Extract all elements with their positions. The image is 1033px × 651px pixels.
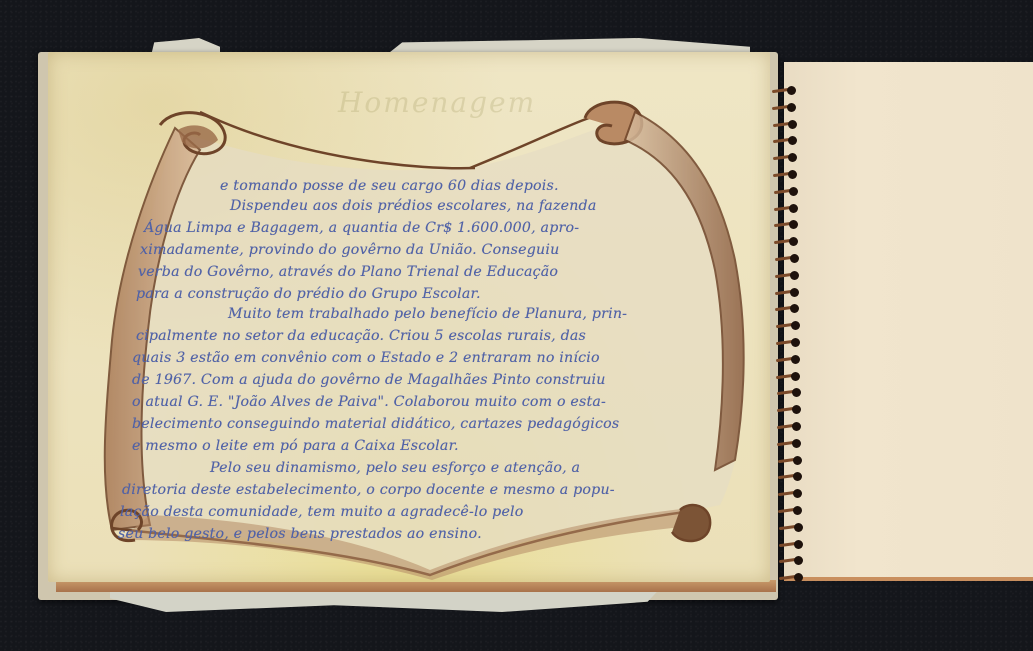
- spiral-coil: [779, 556, 803, 566]
- right-page-blank: [784, 62, 1033, 580]
- spiral-coil: [778, 506, 802, 516]
- notebook-photo: Homenagem e: [0, 0, 1033, 651]
- text-line: Pelo seu dinamismo, pelo seu esforço e a…: [210, 460, 580, 476]
- text-line: Muito tem trabalhado pelo benefício de P…: [228, 306, 627, 322]
- text-line: Água Limpa e Bagagem, a quantia de Cr$ 1…: [144, 220, 579, 236]
- spiral-coil: [778, 456, 802, 466]
- spiral-coil: [774, 220, 798, 230]
- spiral-coil: [776, 372, 800, 382]
- spiral-coil: [777, 422, 801, 432]
- spiral-coil: [779, 540, 803, 550]
- spiral-coil: [777, 388, 801, 398]
- text-line: seu belo gesto, e pelos bens prestados a…: [118, 526, 482, 542]
- spiral-coil: [774, 237, 798, 247]
- spiral-coil: [779, 573, 803, 583]
- text-line: quais 3 estão em convênio com o Estado e…: [132, 350, 600, 366]
- text-line: Dispendeu aos dois prédios escolares, na…: [230, 198, 597, 214]
- text-line: belecimento conseguindo material didátic…: [132, 416, 619, 432]
- spiral-coil: [778, 472, 802, 482]
- spiral-coil: [775, 254, 799, 264]
- text-line: lação desta comunidade, tem muito a agra…: [120, 504, 524, 520]
- text-line: diretoria deste estabelecimento, o corpo…: [122, 482, 615, 498]
- spiral-coil: [773, 153, 797, 163]
- spiral-coil: [772, 86, 796, 96]
- text-line: e tomando posse de seu cargo 60 dias dep…: [220, 178, 559, 194]
- spiral-binding: [772, 66, 802, 576]
- spiral-coil: [774, 204, 798, 214]
- spiral-coil: [776, 321, 800, 331]
- spiral-coil: [778, 489, 802, 499]
- text-line: o atual G. E. "João Alves de Paiva". Col…: [132, 394, 606, 410]
- right-page-edge: [784, 577, 1033, 581]
- text-line: para a construção do prédio do Grupo Esc…: [136, 286, 481, 302]
- text-line: cipalmente no setor da educação. Criou 5…: [136, 328, 586, 344]
- text-line: verba do Govêrno, através do Plano Trien…: [138, 264, 558, 280]
- spiral-coil: [773, 136, 797, 146]
- spiral-coil: [773, 120, 797, 130]
- text-line: e mesmo o leite em pó para a Caixa Escol…: [132, 438, 459, 454]
- spiral-coil: [776, 355, 800, 365]
- text-line: de 1967. Com a ajuda do govêrno de Magal…: [132, 372, 606, 388]
- spiral-coil: [776, 338, 800, 348]
- spiral-coil: [775, 271, 799, 281]
- spiral-coil: [777, 439, 801, 449]
- spiral-coil: [775, 304, 799, 314]
- spiral-coil: [775, 288, 799, 298]
- spiral-coil: [779, 523, 803, 533]
- text-line: ximadamente, provindo do govêrno da Uniã…: [140, 242, 559, 258]
- spiral-coil: [773, 170, 797, 180]
- spiral-coil: [774, 187, 798, 197]
- spiral-coil: [777, 405, 801, 415]
- spiral-coil: [772, 103, 796, 113]
